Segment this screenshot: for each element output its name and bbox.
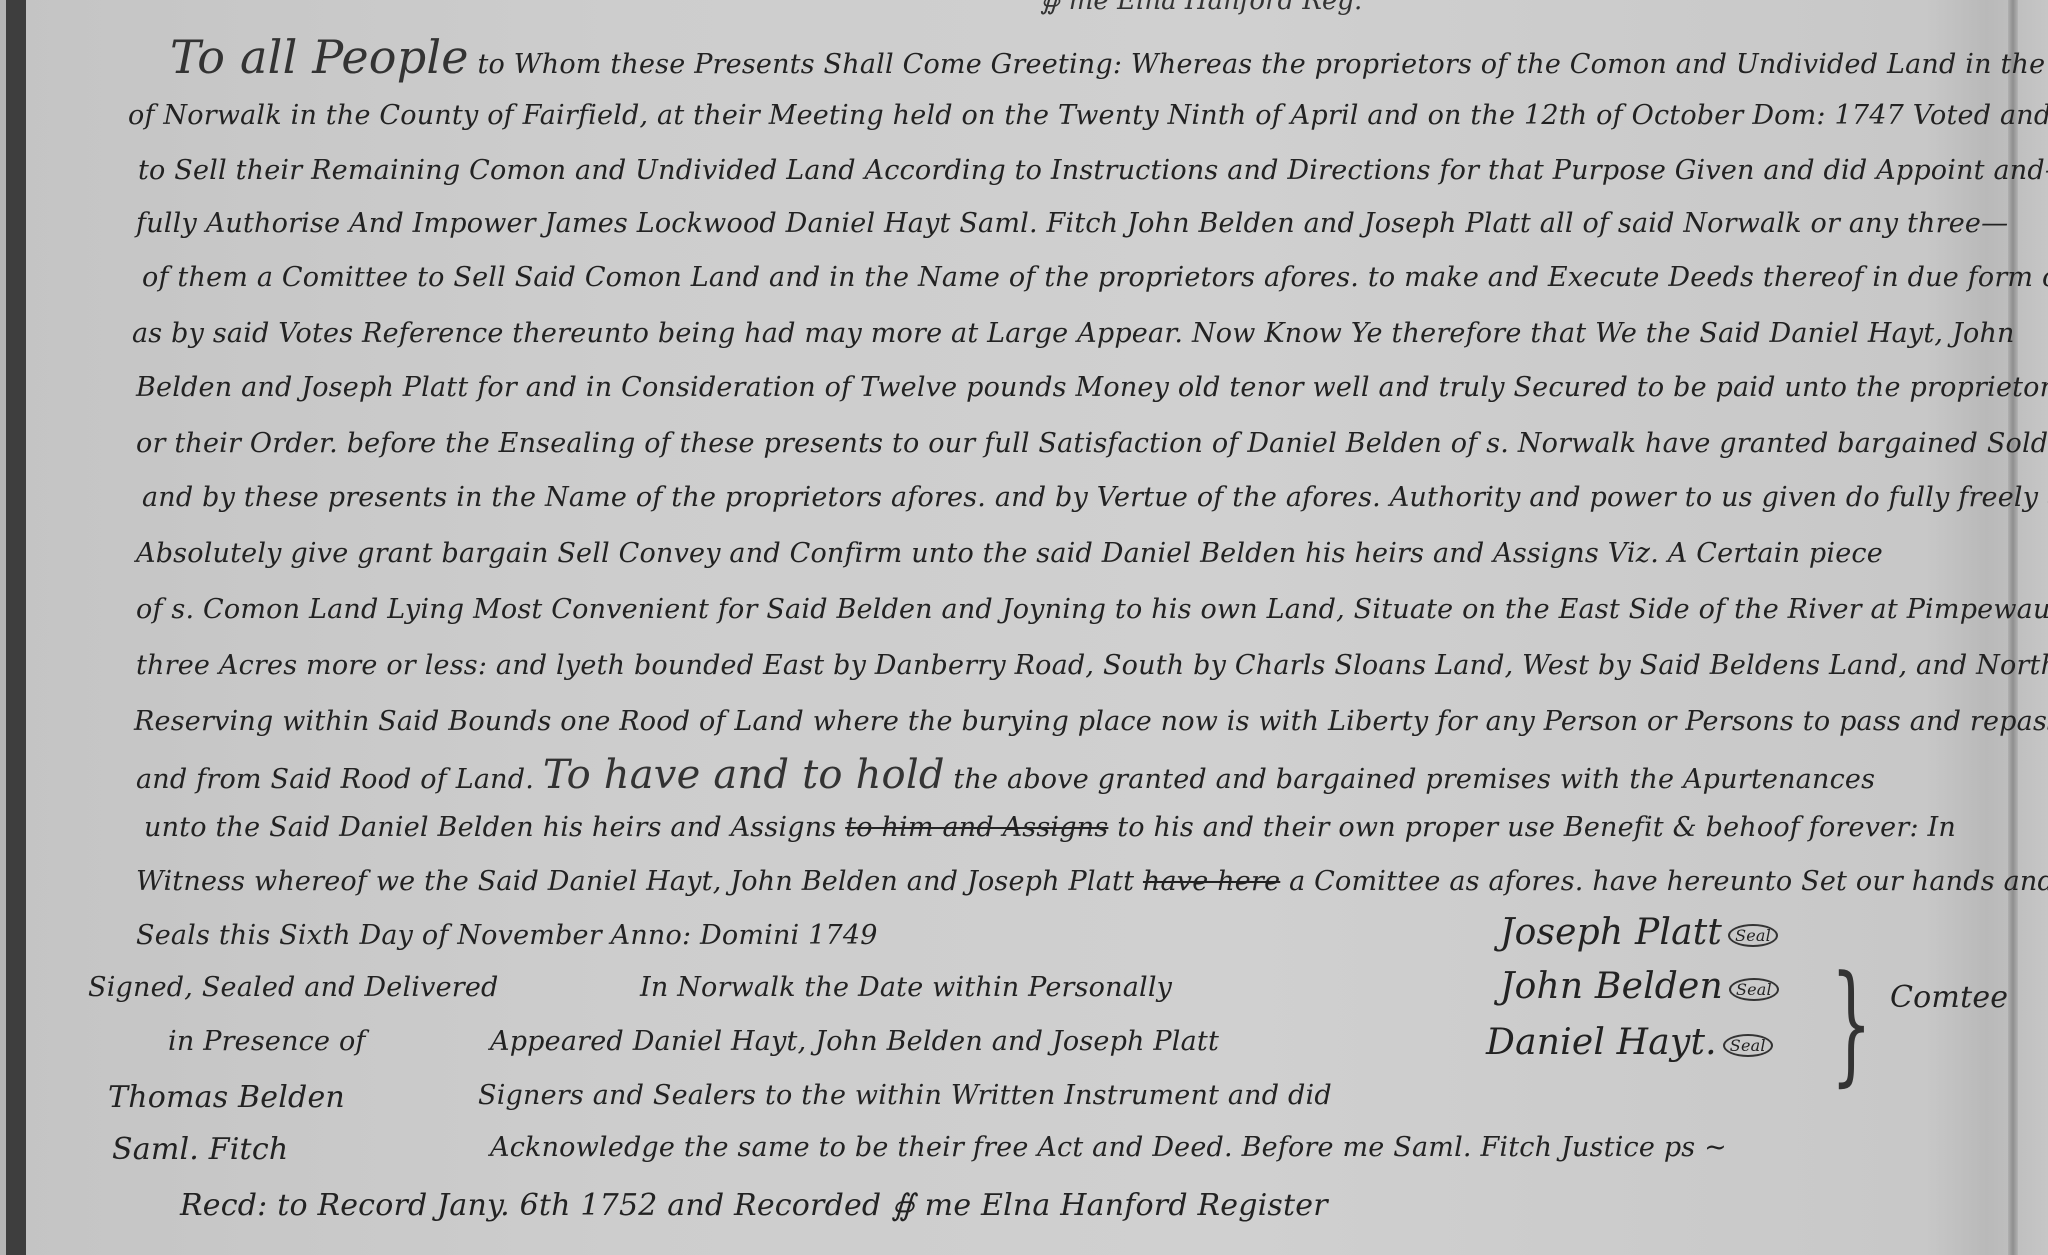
deed-line-9: and by these presents in the Name of the… [142,482,2048,513]
brace-icon: } [1831,958,1872,1088]
page-gutter [2008,0,2018,1255]
witness-subheading: in Presence of [168,1026,366,1057]
deed-line-13: Reserving within Said Bounds one Rood of… [134,706,2048,737]
signature-name: John Belden [1500,966,1723,1007]
deed-line-16: Witness whereof we the Said Daniel Hayt,… [136,866,2048,897]
line-text: of Norwalk in the County of Fairfield, a… [128,100,2048,131]
deed-line-7: Belden and Joseph Platt for and in Consi… [136,372,2048,403]
seal-icon: Seal [1723,1034,1773,1057]
line-text: Witness whereof we the Said Daniel Hayt,… [136,866,1134,897]
line-text: of s. Comon Land Lying Most Convenient f… [136,594,2048,625]
line-text: to Sell their Remaining Comon and Undivi… [138,155,2048,186]
recording-note: Recd: to Record Jany. 6th 1752 and Recor… [180,1188,1328,1223]
witness-name: Thomas Belden [108,1080,345,1115]
deed-line-6: as by said Votes Reference thereunto bei… [132,318,2015,349]
deed-line-12: three Acres more or less: and lyeth boun… [136,650,2048,681]
deed-line-11: of s. Comon Land Lying Most Convenient f… [136,594,2048,625]
line-text: unto the Said Daniel Belden his heirs an… [144,812,836,843]
deed-line-1: To all People to Whom these Presents Sha… [170,30,2048,84]
deed-line-5: of them a Comittee to Sell Said Comon La… [142,262,2048,293]
line-text: a Comittee as afores. have hereunto Set … [1289,866,2048,897]
signature-joseph-platt: Joseph PlattSeal [1500,912,1778,953]
signature-name: Daniel Hayt. [1486,1022,1717,1063]
deed-line-8: or their Order. before the Ensealing of … [136,428,2048,459]
opening-words: To all People [170,30,469,84]
line-text: of them a Comittee to Sell Said Comon La… [142,262,2048,293]
deed-line-15: unto the Said Daniel Belden his heirs an… [144,812,1956,843]
line-text: or their Order. before the Ensealing of … [136,428,2048,459]
line-text: to Whom these Presents Shall Come Greeti… [477,49,2048,80]
line-text: to his and their own proper use Benefit … [1117,812,1956,843]
witness-name: Saml. Fitch [112,1132,288,1167]
header-note: ∯ me Elna Hanford Reg. [1040,0,1362,16]
seal-icon: Seal [1728,924,1778,947]
book-binding [6,0,26,1255]
line-text: the above granted and bargained premises… [953,764,1875,795]
seal-icon: Seal [1729,978,1779,1001]
line-text: Absolutely give grant bargain Sell Conve… [136,538,1883,569]
acknowledgement-line: In Norwalk the Date within Personally [640,972,1172,1003]
line-text: as by said Votes Reference thereunto bei… [132,318,2015,349]
deed-line-14: and from Said Rood of Land. To have and … [136,752,1875,798]
line-text: fully Authorise And Impower James Lockwo… [136,208,2008,239]
line-text: Seals this Sixth Day of November Anno: D… [136,920,878,951]
witness-heading: Signed, Sealed and Delivered [88,972,499,1003]
deed-line-3: to Sell their Remaining Comon and Undivi… [138,155,2048,186]
acknowledgement-line: Signers and Sealers to the within Writte… [478,1080,1332,1111]
line-text: Reserving within Said Bounds one Rood of… [134,706,2048,737]
manuscript-page: ∯ me Elna Hanford Reg. To all People to … [0,0,2048,1255]
signature-john-belden: John BeldenSeal [1500,966,1779,1007]
deed-line-10: Absolutely give grant bargain Sell Conve… [136,538,1883,569]
deed-line-2: of Norwalk in the County of Fairfield, a… [128,100,2048,131]
line-text: three Acres more or less: and lyeth boun… [136,650,2048,681]
habendum-emphasis: To have and to hold [543,752,945,798]
signature-daniel-hayt: Daniel Hayt.Seal [1486,1022,1773,1063]
line-text: Belden and Joseph Platt for and in Consi… [136,372,2048,403]
deed-line-17: Seals this Sixth Day of November Anno: D… [136,920,878,951]
signature-name: Joseph Platt [1500,912,1722,953]
acknowledgement-line: Appeared Daniel Hayt, John Belden and Jo… [490,1026,1219,1057]
line-text: and from Said Rood of Land. [136,764,534,795]
deed-line-4: fully Authorise And Impower James Lockwo… [136,208,2008,239]
acknowledgement-line: Acknowledge the same to be their free Ac… [490,1132,1727,1163]
struck-text: have here [1143,866,1280,897]
struck-text: to him and Assigns [845,812,1108,843]
line-text: and by these presents in the Name of the… [142,482,2048,513]
committee-label: Comtee [1890,980,2008,1015]
